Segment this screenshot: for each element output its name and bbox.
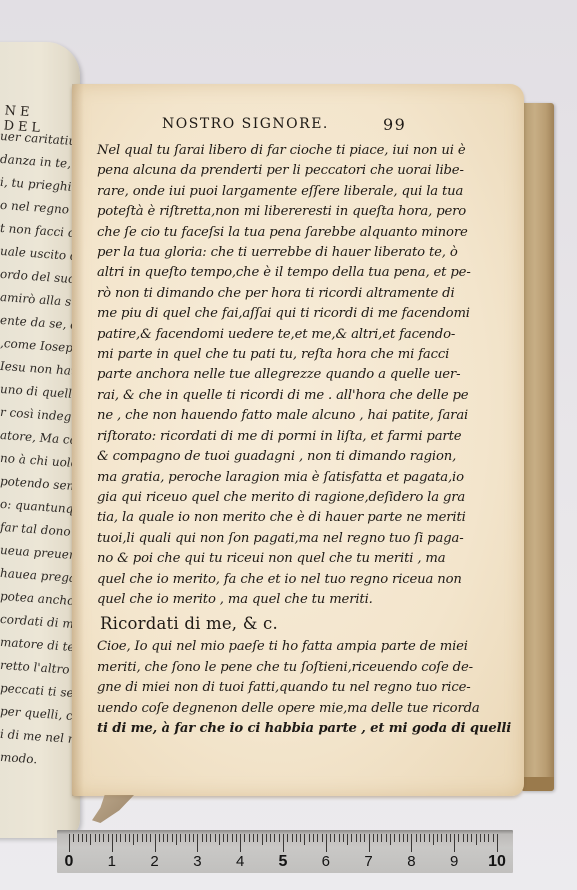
ruler-tick: [95, 834, 96, 842]
ruler-tick: [296, 834, 297, 842]
ruler-tick: [287, 834, 288, 842]
ruler-label: 9: [450, 853, 458, 870]
ruler-tick: [360, 834, 361, 842]
ruler-tick: [150, 834, 151, 842]
ruler-tick: [304, 834, 305, 845]
text-line: ma gratia, peroche laragion mia è ſatisf…: [97, 468, 433, 488]
body-text: Nel qual tu ſarai libero di far cioche t…: [97, 141, 433, 739]
ruler-tick: [441, 834, 442, 842]
ruler-tick: [210, 834, 211, 842]
ruler-tick: [116, 834, 117, 842]
left-page-text: uer caritatiuamente vedanza in te, solo …: [0, 128, 80, 772]
ruler-tick: [343, 834, 344, 842]
ruler-tick: [146, 834, 147, 842]
ruler-tick: [120, 834, 121, 842]
ruler-tick: [185, 834, 186, 842]
ruler-tick: [69, 834, 70, 852]
text-line: Cioe, Io qui nel mio paeſe ti ho fatta a…: [97, 637, 433, 657]
section-subheading: Ricordati di me, & c.: [100, 613, 433, 635]
ruler-tick: [180, 834, 181, 842]
ruler-tick: [364, 834, 365, 842]
ruler-tick: [206, 834, 207, 842]
ruler-tick: [193, 834, 194, 842]
ruler-tick: [155, 834, 156, 852]
ruler-tick: [236, 834, 237, 842]
ruler-tick: [86, 834, 87, 842]
ruler-tick: [283, 834, 284, 852]
ruler-tick: [249, 834, 250, 842]
ruler-tick: [476, 834, 477, 845]
ruler-tick: [129, 834, 130, 842]
ruler-tick: [159, 834, 160, 842]
text-line: tia, la quale io non merito che è di hau…: [97, 508, 433, 528]
ruler-tick: [197, 834, 198, 852]
ruler-tick: [446, 834, 447, 842]
ruler-tick: [399, 834, 400, 842]
text-line: quel che io merito, fa che et io nel tuo…: [97, 570, 433, 590]
ruler-tick: [356, 834, 357, 842]
ruler-tick: [103, 834, 104, 842]
text-line: meriti, che ſono le pene che tu ſoſtieni…: [97, 658, 433, 678]
ruler-tick: [377, 834, 378, 842]
ruler-tick: [334, 834, 335, 842]
text-line: che ſe cio tu faceſsi la tua pena ſarebb…: [97, 223, 433, 243]
ruler-label: 0: [65, 853, 74, 871]
text-line: riſtorato: ricordati di me di pormi in l…: [97, 427, 433, 447]
ruler-tick: [463, 834, 464, 842]
ruler-tick: [347, 834, 348, 845]
text-line: Nel qual tu ſarai libero di far cioche t…: [97, 141, 433, 161]
ruler-tick: [467, 834, 468, 842]
ruler-tick: [253, 834, 254, 842]
ruler-tick: [373, 834, 374, 842]
ruler-tick: [202, 834, 203, 842]
vellum-cover-edge: [522, 103, 554, 791]
text-line: pena alcuna da prenderti per li peccator…: [97, 161, 433, 181]
ruler-tick: [313, 834, 314, 842]
ruler-tick: [339, 834, 340, 842]
ruler-label: 2: [150, 853, 158, 870]
text-line: parte anchora nelle tue allegrezze quand…: [97, 365, 433, 385]
ruler-tick: [279, 834, 280, 842]
page-number: 99: [383, 115, 406, 134]
ruler-tick: [322, 834, 323, 842]
ruler-tick: [189, 834, 190, 842]
ruler-tick: [407, 834, 408, 842]
ruler-tick: [112, 834, 113, 852]
ruler-tick: [300, 834, 301, 842]
running-head-title: NOSTRO SIGNORE.: [162, 116, 329, 132]
ruler-tick: [137, 834, 138, 842]
ruler-label: 10: [488, 853, 506, 871]
ruler-tick: [330, 834, 331, 842]
ruler-tick: [433, 834, 434, 845]
ruler-tick: [381, 834, 382, 842]
ruler-tick: [416, 834, 417, 842]
ruler-tick: [450, 834, 451, 842]
ruler-tick: [488, 834, 489, 842]
ruler-tick: [292, 834, 293, 842]
text-line: poteſtà è riſtretta,non mi libereresti i…: [97, 202, 433, 222]
ruler-tick: [223, 834, 224, 842]
text-line: uendo coſe degnenon delle opere mie,ma d…: [97, 699, 433, 719]
ruler-tick: [317, 834, 318, 842]
ruler-tick: [215, 834, 216, 842]
ruler-tick: [125, 834, 126, 842]
ruler-tick: [386, 834, 387, 842]
text-line: me piu di quel che fai,aſſai qui ti rico…: [97, 304, 433, 324]
ruler-tick: [411, 834, 412, 852]
left-text-line: modo.: [0, 746, 80, 775]
text-line: & compagno de tuoi guadagni , non ti dim…: [97, 447, 433, 467]
ruler-tick: [108, 834, 109, 842]
ruler-label: 6: [322, 853, 330, 870]
text-line: ne , che non hauendo fatto male alcuno ,…: [97, 406, 433, 426]
ruler-tick: [232, 834, 233, 842]
ruler-tick: [497, 834, 498, 852]
text-line: rare, onde iui puoi largamente eſſere li…: [97, 182, 433, 202]
ruler-tick: [266, 834, 267, 842]
ruler-tick: [90, 834, 91, 845]
ruler-tick: [244, 834, 245, 842]
ruler-tick: [454, 834, 455, 852]
ruler-tick: [484, 834, 485, 842]
text-line: altri in queſto tempo,che è il tempo del…: [97, 263, 433, 283]
text-line: gne di miei non di tuoi fatti,quando tu …: [97, 678, 433, 698]
ruler-tick: [424, 834, 425, 842]
ruler-tick: [390, 834, 391, 845]
ruler-tick: [219, 834, 220, 845]
text-line: quel che io merito , ma quel che tu meri…: [97, 590, 433, 610]
ruler-tick: [257, 834, 258, 842]
ruler-tick: [309, 834, 310, 842]
ruler-label: 5: [279, 853, 288, 871]
ruler-label: 1: [108, 853, 116, 870]
ruler-label: 8: [407, 853, 415, 870]
ruler-tick: [394, 834, 395, 842]
ruler-tick: [78, 834, 79, 842]
ruler-tick: [480, 834, 481, 842]
ruler-tick: [99, 834, 100, 842]
ruler-tick: [262, 834, 263, 845]
right-page-text-block: NOSTRO SIGNORE. 99 Nel qual tu ſarai lib…: [97, 114, 433, 739]
ruler-tick: [142, 834, 143, 842]
ruler-tick: [172, 834, 173, 842]
text-line: no & poi che qui tu riceui non quel che …: [97, 549, 433, 569]
ruler-label: 7: [364, 853, 372, 870]
ruler-label: 3: [193, 853, 201, 870]
text-line: patire,& facendomi uedere te,et me,& alt…: [97, 325, 433, 345]
ruler-tick: [493, 834, 494, 842]
ruler-tick: [176, 834, 177, 845]
ruler-tick: [167, 834, 168, 842]
left-page-curled: NE DEL uer caritatiuamente vedanza in te…: [0, 42, 80, 838]
scale-ruler: 012345678910: [57, 830, 513, 873]
ruler-tick: [403, 834, 404, 842]
running-head: NOSTRO SIGNORE. 99: [97, 114, 433, 138]
ruler-tick: [471, 834, 472, 842]
ruler-tick: [227, 834, 228, 842]
ruler-tick: [163, 834, 164, 842]
text-line: ti di me, à far che io ci habbia parte ,…: [97, 719, 433, 739]
text-line: per la tua gloria: che ti uerrebbe di ha…: [97, 243, 433, 263]
ruler-tick: [351, 834, 352, 842]
ruler-tick: [82, 834, 83, 842]
ruler-tick: [437, 834, 438, 842]
ruler-tick: [133, 834, 134, 845]
text-line: mi parte in quel che tu pati tu, reſta h…: [97, 345, 433, 365]
ruler-tick: [73, 834, 74, 842]
ruler-label: 4: [236, 853, 244, 870]
ruler-tick: [429, 834, 430, 842]
text-line: rai, & che in quelle ti ricordi di me . …: [97, 386, 433, 406]
ruler-tick: [274, 834, 275, 842]
ruler-tick: [270, 834, 271, 842]
ruler-tick: [458, 834, 459, 842]
ruler-tick: [420, 834, 421, 842]
text-line: rò non ti dimando che per hora ti ricord…: [97, 284, 433, 304]
ruler-tick: [369, 834, 370, 852]
ruler-tick: [326, 834, 327, 852]
ruler-tick: [240, 834, 241, 852]
text-line: tuoi,li quali qui non ſon pagati,ma nel …: [97, 529, 433, 549]
text-line: gia qui riceuo quel che merito di ragion…: [97, 488, 433, 508]
